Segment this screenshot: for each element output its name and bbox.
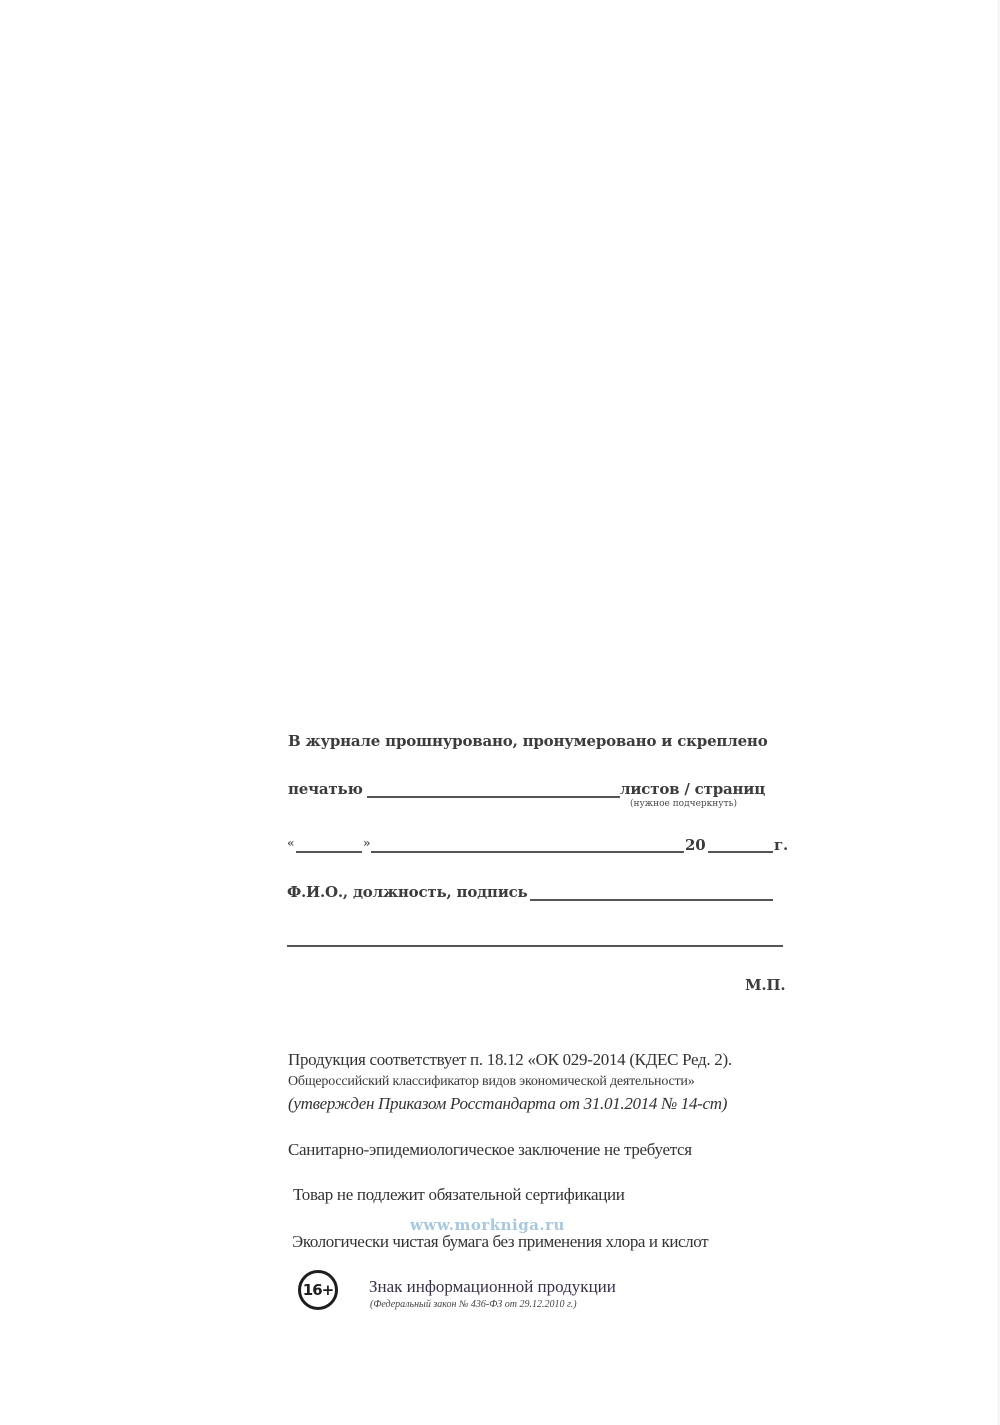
sheets-count-field[interactable] (367, 796, 620, 798)
eco-note: Экологически чистая бумага без применени… (292, 1232, 708, 1252)
underline-hint: (нужное подчеркнуть) (630, 799, 737, 809)
quote-open: « (287, 836, 295, 850)
compliance-line-1: Продукция соответствует п. 18.12 «ОК 029… (288, 1050, 732, 1070)
signature-label: Ф.И.О., должность, подпись (287, 883, 528, 901)
year-prefix: 20 (685, 836, 705, 854)
compliance-line-2: Общероссийский классификатор видов эконо… (288, 1074, 695, 1090)
sanitary-note: Санитарно-эпидемиологическое заключение … (288, 1140, 692, 1160)
month-field[interactable] (371, 851, 684, 853)
sheets-label: листов / страниц (620, 780, 765, 798)
form-heading: В журнале прошнуровано, пронумеровано и … (288, 732, 768, 750)
signature-continuation-field[interactable] (287, 945, 783, 947)
stamp-place: М.П. (745, 976, 785, 994)
year-field[interactable] (708, 851, 773, 853)
signature-field[interactable] (530, 899, 773, 901)
day-field[interactable] (296, 851, 362, 853)
quote-close: » (363, 836, 371, 850)
age-16-plus-icon: 16+ (298, 1270, 338, 1310)
certification-note: Товар не подлежит обязательной сертифика… (293, 1185, 625, 1205)
info-product-sign-title: Знак информационной продукции (369, 1277, 616, 1297)
info-product-law: (Федеральный закон № 436-ФЗ от 29.12.201… (370, 1299, 577, 1310)
year-suffix: г. (774, 836, 788, 854)
seal-label: печатью (288, 780, 363, 798)
compliance-line-3: (утвержден Приказом Росстандарта от 31.0… (288, 1094, 727, 1114)
